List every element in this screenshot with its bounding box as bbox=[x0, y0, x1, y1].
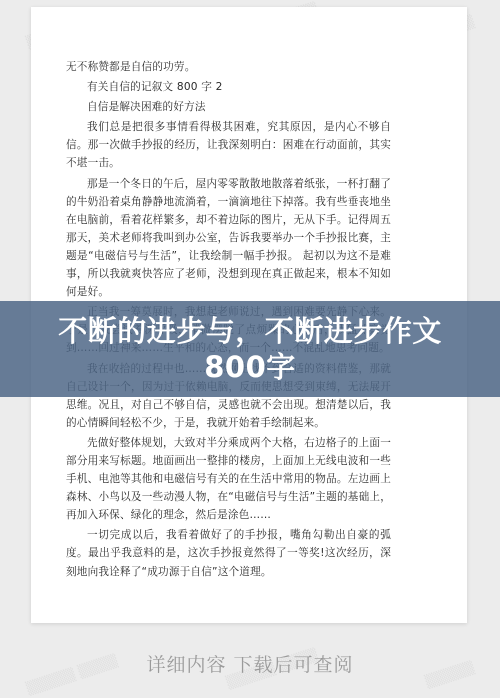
doc-heading: 自信是解决困难的好方法 bbox=[66, 98, 391, 116]
doc-subtitle: 有关自信的记叙文 800 字 2 bbox=[66, 78, 391, 96]
download-to-view-link[interactable]: 详细内容 下载后可查阅 bbox=[0, 650, 500, 677]
doc-paragraph: 我们总是把很多事情看得极其困难，究其原因，是内心不够自信。那一次做手抄报的经历，… bbox=[66, 118, 391, 172]
doc-paragraph: 一切完成以后，我看着做好了的手抄报，嘴角勾勒出自豪的弧度。最出乎我意料的是，这次… bbox=[66, 526, 391, 580]
banner-title: 不断的进步与，不断进步作文800字 bbox=[50, 313, 450, 385]
title-banner: 不断的进步与，不断进步作文800字 bbox=[0, 301, 500, 397]
doc-paragraph: 先做好整体规划，大致对半分乘成两个大格，右边格子的上面一部分用来写标题。地面画出… bbox=[66, 434, 391, 524]
doc-line: 无不称赞都是自信的功劳。 bbox=[66, 58, 391, 76]
doc-paragraph: 那是一个冬日的午后，屋内零零散散地散落着纸张，一杯打翻了的牛奶沿着桌角静静地流淌… bbox=[66, 175, 391, 302]
